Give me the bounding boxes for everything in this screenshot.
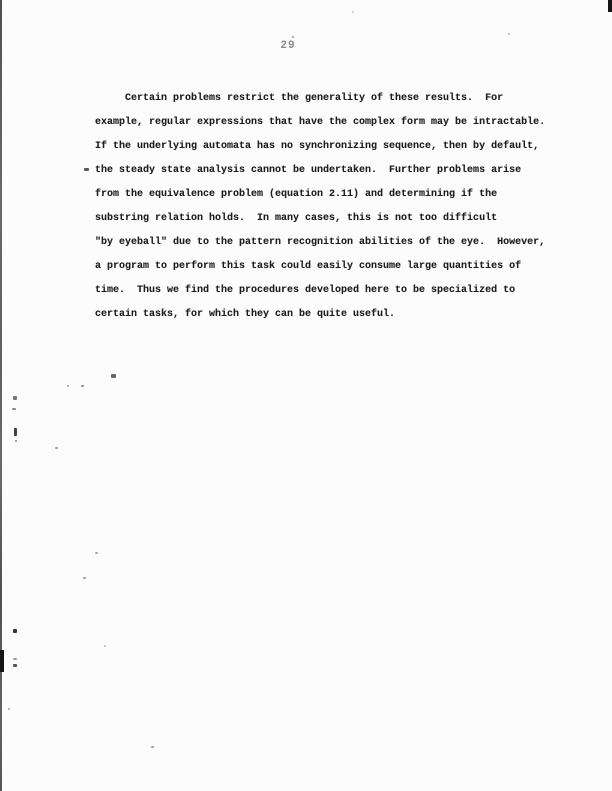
text-line: Certain problems restrict the generality… (95, 87, 565, 111)
scan-speck (15, 440, 17, 442)
text-line: the steady state analysis cannot be unde… (95, 159, 565, 183)
scan-speck (84, 168, 89, 171)
left-edge-scan-shadow (0, 0, 2, 791)
scan-speck (13, 629, 17, 633)
scan-speck (13, 664, 17, 667)
text-line: a program to perform this task could eas… (95, 255, 565, 279)
scan-speck (13, 658, 17, 660)
scan-speck (151, 746, 154, 748)
scan-speck (13, 396, 17, 400)
top-right-corner-mark (608, 0, 612, 12)
scan-speck (508, 33, 510, 35)
text-line: from the equivalence problem (equation 2… (95, 183, 565, 207)
page-number: 29 (268, 40, 308, 52)
scanned-document-page: 29 Certain problems restrict the general… (0, 0, 612, 791)
text-line: time. Thus we find the procedures develo… (95, 279, 565, 303)
scan-speck (292, 36, 294, 38)
scan-speck (14, 428, 17, 436)
scan-speck (12, 408, 16, 410)
text-line: substring relation holds. In many cases,… (95, 207, 565, 231)
left-edge-ink-blob (0, 650, 4, 672)
text-line: If the underlying automata has no synchr… (95, 135, 565, 159)
body-paragraph: Certain problems restrict the generality… (95, 87, 565, 327)
text-line: certain tasks, for which they can be qui… (95, 303, 565, 327)
text-line: example, regular expressions that have t… (95, 111, 565, 135)
scan-speck (95, 552, 98, 554)
text-line: "by eyeball" due to the pattern recognit… (95, 231, 565, 255)
scan-speck (55, 447, 58, 449)
scan-speck (8, 708, 10, 710)
scan-speck (81, 385, 84, 387)
scan-speck (111, 374, 116, 378)
scan-speck (104, 645, 106, 647)
scan-speck (83, 577, 86, 579)
scan-speck (67, 385, 69, 387)
scan-speck (352, 11, 354, 13)
